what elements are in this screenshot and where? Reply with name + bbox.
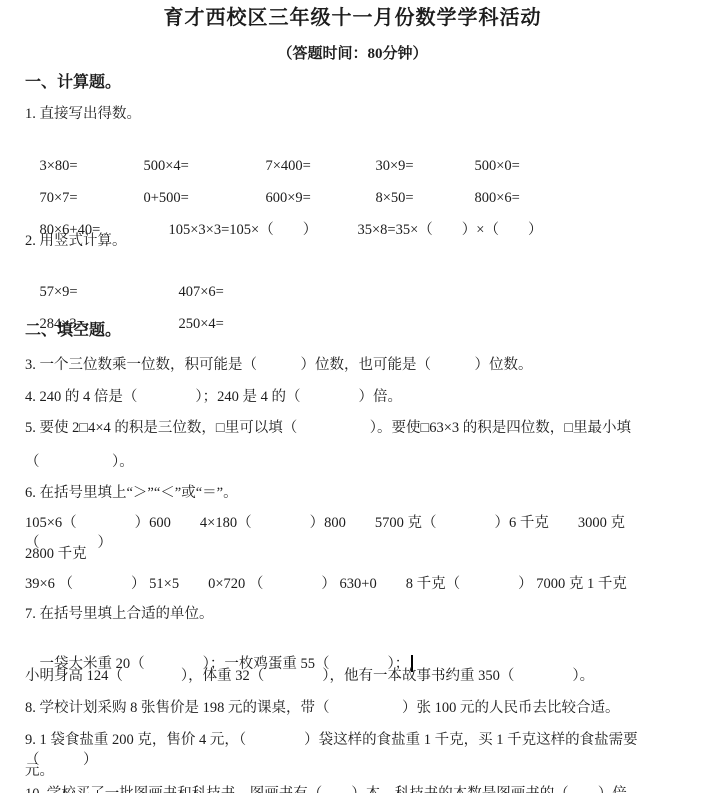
question-2-label: 2. 用竖式计算。 [25,231,687,251]
question-8: 8. 学校计划采购 8 张售价是 198 元的课桌，带（ ）张 100 元的人民… [25,698,687,718]
question-6-row-1-wrap: 2800 千克 [25,544,687,564]
section-2-heading: 二、填空题。 [25,321,687,341]
question-10-clipped-line: 10. 学校买了一批图画书和科技书，图画书有（ ）本，科技书的本数是图画书的（ … [25,784,687,793]
question-9-line-2: 元。 [25,761,687,781]
page-title: 育才西校区三年级十一月份数学学科活动 [0,8,705,28]
question-7-line-2: 小明身高 124（ ），体重 32（ ），他有一本故事书约重 350（ ）。 [25,666,687,686]
question-5-line-1: 5. 要使 2□4×4 的积是三位数，□里可以填（ ）。要使□63×3 的积是四… [25,418,687,438]
question-6-label: 6. 在括号里填上“＞”“＜”或“＝”。 [25,483,687,503]
question-4: 4. 240 的 4 倍是（ ）；240 是 4 的（ ）倍。 [25,387,687,407]
page-subtitle: （答题时间：80分钟） [0,44,705,64]
question-6-row-2: 39×6 （ ） 51×5 0×720 （ ） 630+0 8 千克（ ） 70… [25,574,687,594]
calc-row-3: 80×6+40=105×3×3=105×（ ）35×8=35×（ ）×（ ） [25,200,687,260]
question-1-label: 1. 直接写出得数。 [25,104,687,124]
exam-document-page[interactable]: 育才西校区三年级十一月份数学学科活动 （答题时间：80分钟） 一、计算题。 1.… [0,0,705,793]
section-1-heading: 一、计算题。 [25,73,687,93]
question-3: 3. 一个三位数乘一位数，积可能是（ ）位数，也可能是（ ）位数。 [25,355,687,375]
question-7-label: 7. 在括号里填上合适的单位。 [25,604,687,624]
question-5-line-2: （ ）。 [25,452,687,472]
